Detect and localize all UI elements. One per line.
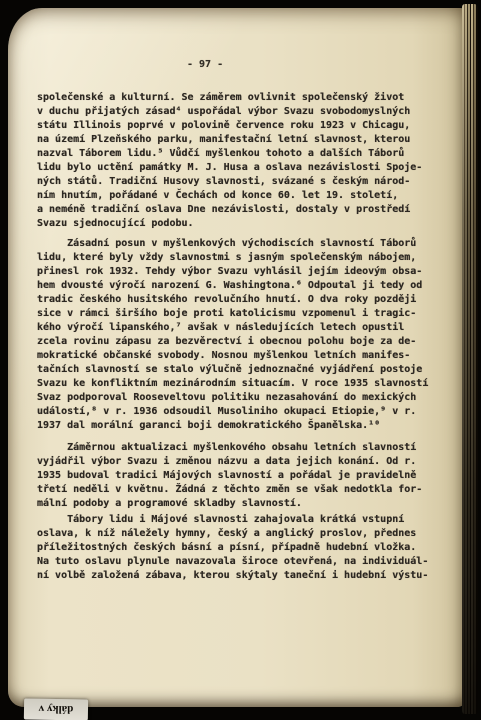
text-line: přinesl rok 1932. Tehdy výbor Svazu vyhl… [37,265,437,279]
text-line: Zásadní posun v myšlenkových východiscíc… [37,237,437,251]
text-line: tačních slavností se stalo výlučně jedno… [37,363,437,377]
text-line: nazval Táborem lidu.⁵ Vůdčí myšlenkou to… [37,147,437,161]
text-line: 1935 budoval tradici Májových slavností … [37,469,437,483]
text-line: Tábory lidu i Májové slavnosti zahajoval… [37,513,437,527]
text-line: 1937 dal morální garanci boji demokratic… [37,419,437,433]
text-line: Na tuto oslavu plynule navazovala široce… [37,555,437,569]
text-line: oslava, k níž náležely hymny, český a an… [37,527,437,541]
text-line: příležitostných českých básní a písní, p… [37,541,437,555]
text-line: třetí neděli v květnu. Žádná z těchto zm… [37,483,437,497]
page-number: - 97 - [187,58,223,71]
scrap-text: dálky v [39,703,74,716]
text-line: mální podoby a programové skladby slavno… [37,497,437,511]
text-line: v duchu přijatých zásad⁴ uspořádal výbor… [37,105,437,119]
text-line: tradic českého husitského revolučního hn… [37,293,437,307]
paragraph: Zásadní posun v myšlenkových východiscíc… [37,237,437,433]
text-line: Svaz podporoval Rooseveltovu politiku ne… [37,391,437,405]
text-line: a neméně tradiční oslava Dne nezávislost… [37,203,437,217]
text-line: na území Plzeňského parku, manifestační … [37,133,437,147]
text-line: ním hnutím, pořádané v Čechách od konce … [37,189,437,203]
text-line: vyjádřil výbor Svazu i změnou názvu a da… [37,455,437,469]
paragraph: společenské a kulturní. Se záměrem ovliv… [37,91,437,231]
text-line: státu Illinois poprvé v polovině červenc… [37,119,437,133]
text-line: ní volbě založená zábava, kterou skýtaly… [37,569,437,583]
text-line: ných států. Tradiční Husovy slavnosti, s… [37,175,437,189]
text-line: zcela rovinu zápasu za bezvěrectví i obe… [37,335,437,349]
book-page-edges [462,4,478,714]
text-line: Svazu sjednocující podobu. [37,217,437,231]
text-line: mokratické občanské svobody. Nosnou myšl… [37,349,437,363]
text-line: lidu, které byly vždy slavnostmi s jasný… [37,251,437,265]
text-line: společenské a kulturní. Se záměrem ovliv… [37,91,437,105]
text-line: Svazu ke konfliktním mezinárodním situac… [37,377,437,391]
paragraph: Tábory lidu i Májové slavnosti zahajoval… [37,513,437,583]
text-line: kého výročí lipanského,⁷ avšak v následu… [37,321,437,335]
text-line: sice v rámci širšího boje proti katolici… [37,307,437,321]
text-line: událostí,⁸ v r. 1936 odsoudil Musoliniho… [37,405,437,419]
paper-scrap: dálky v [24,698,88,720]
text-line: lidu bylo uctění památky M. J. Husa a os… [37,161,437,175]
book-photo: - 97 - společenské a kulturní. Se záměre… [0,0,481,720]
text-block: společenské a kulturní. Se záměrem ovliv… [37,91,437,583]
text-line: Záměrnou aktualizaci myšlenkového obsahu… [37,441,437,455]
text-line: hem dvousté výročí narození G. Washingto… [37,279,437,293]
paragraph: Záměrnou aktualizaci myšlenkového obsahu… [37,441,437,511]
